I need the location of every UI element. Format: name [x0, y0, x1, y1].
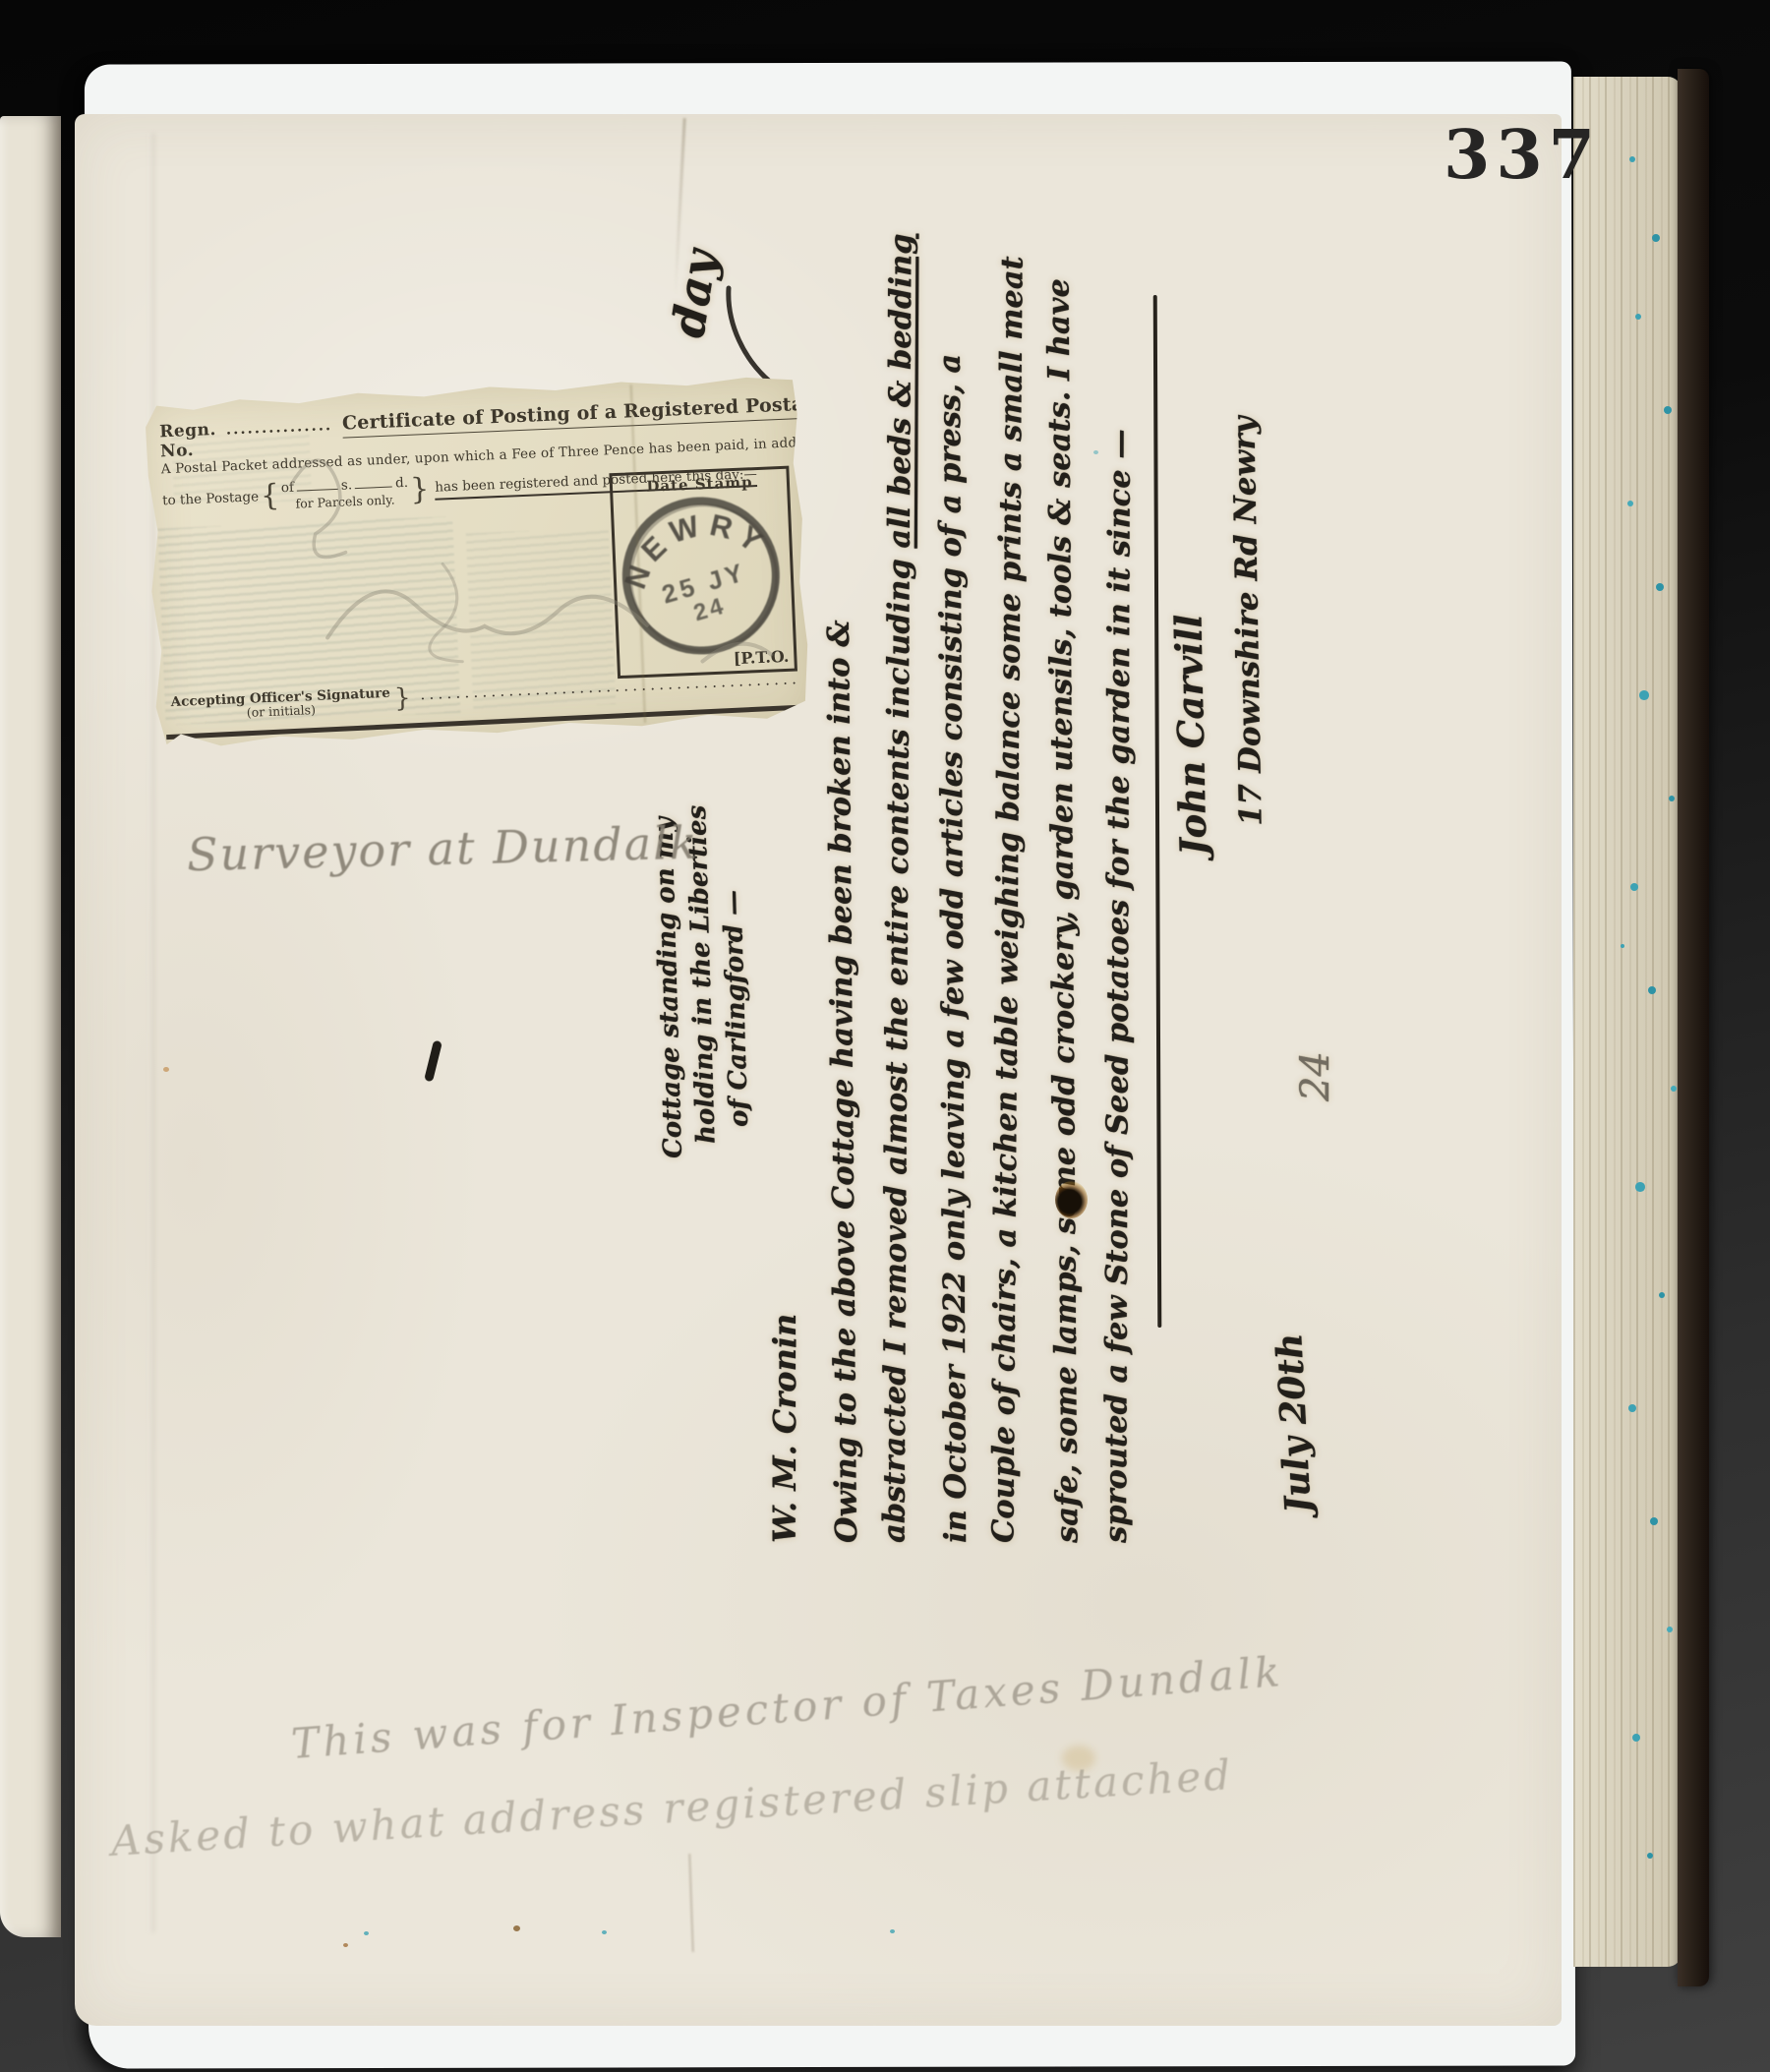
- parcels-only-note: for Parcels only.: [295, 492, 395, 510]
- postage-blanks: of s. d. for Parcels only.: [280, 475, 409, 511]
- letter-body-line: Couple of chairs, a kitchen table weighi…: [985, 256, 1030, 1543]
- letter-body-line: sprouted a few Stone of Seed potatoes fo…: [1098, 429, 1138, 1543]
- shillings-blank: [297, 478, 338, 492]
- accepting-brace: }: [393, 683, 411, 714]
- ink-blot: [1055, 1181, 1088, 1218]
- letter-body-text: abstracted I removed almost the entire c…: [877, 548, 917, 1543]
- signature-dotted-line: [419, 681, 798, 700]
- book-fore-edge: [1573, 77, 1681, 1967]
- d-label: d.: [395, 475, 409, 492]
- pencil-number: 24: [1293, 1051, 1338, 1101]
- pence-blank: [355, 476, 392, 490]
- accepting-officer-row: Accepting Officer's Signature (or initia…: [170, 667, 802, 723]
- s-label: s.: [341, 477, 353, 493]
- accepting-officer-label: Accepting Officer's Signature (or initia…: [170, 686, 390, 723]
- certificate-of-posting-slip: Regn. No. ............... Certificate of…: [141, 372, 813, 749]
- fore-edge-speckles: [1621, 944, 1624, 948]
- letter-address: 17 Downshire Rd Newry: [1226, 416, 1268, 826]
- postage-label: to the Postage: [162, 489, 260, 508]
- letter-body-line: Owing to the above Cottage having been b…: [821, 620, 864, 1543]
- brace-close: }: [410, 476, 430, 504]
- scanned-ledger-page: 337 Surveyor at Dundalk This was for Ins…: [0, 0, 1770, 2072]
- page-number: 337: [1444, 116, 1601, 195]
- pto-label: [P.T.O.: [733, 647, 789, 668]
- edge-speck: [364, 1931, 369, 1935]
- book-cover-edge: [1678, 69, 1709, 1986]
- facing-page-edge: [0, 116, 61, 1937]
- stain-spot: [343, 1943, 348, 1947]
- letter-salutation: W. M. Cronin: [766, 1314, 803, 1543]
- edge-speck: [602, 1930, 607, 1934]
- letter-body-line: safe, some lamps, some odd crockery, gar…: [1041, 278, 1086, 1543]
- regn-no-label: Regn. No.: [159, 420, 217, 461]
- stain-spot: [513, 1925, 520, 1931]
- pen-flourish: [725, 280, 786, 390]
- letter-body-line: in October 1922 only leaving a few odd a…: [932, 354, 973, 1543]
- edge-speck: [890, 1929, 895, 1933]
- stain-spot: [163, 1067, 169, 1072]
- letter-rule: [1153, 295, 1161, 1328]
- letter-date: July 20th: [1268, 1332, 1320, 1514]
- letter-signature: John Carvill: [1166, 614, 1214, 856]
- of-label: of: [280, 480, 294, 497]
- letter-body-line: abstracted I removed almost the entire c…: [877, 233, 919, 1543]
- brace-open: {: [260, 482, 279, 510]
- underlined-phrase: all beds & bedding: [882, 233, 919, 548]
- regn-no-dotted-line: ...............: [225, 416, 332, 439]
- or-initials-text: (or initials): [246, 702, 316, 720]
